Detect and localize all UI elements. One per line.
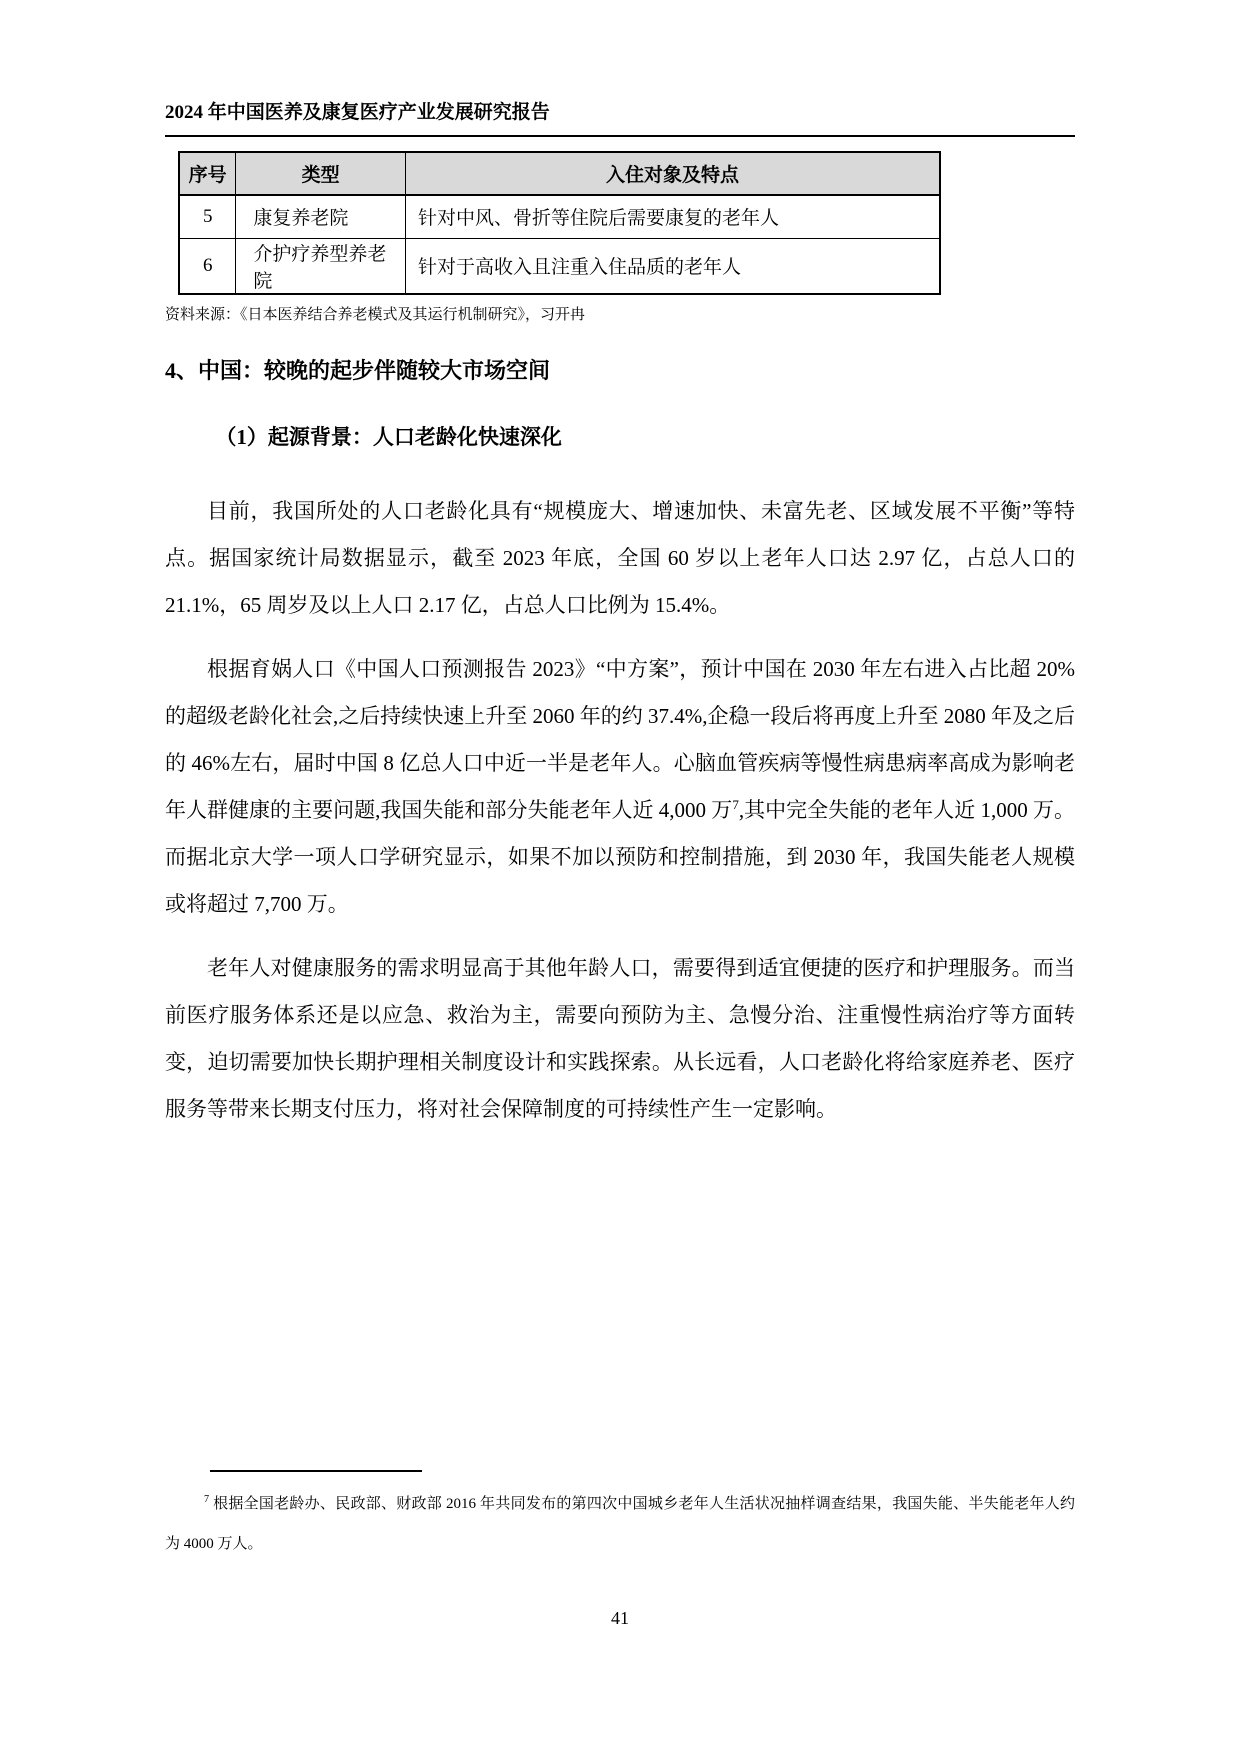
- table-cell-features: 针对于高收入且注重入住品质的老年人: [405, 238, 940, 294]
- table-cell-no: 6: [179, 238, 236, 294]
- subsection-heading: （1）起源背景：人口老龄化快速深化: [165, 424, 1075, 451]
- footnote-text: 根据全国老龄办、民政部、财政部 2016 年共同发布的第四次中国城乡老年人生活状…: [165, 1496, 1075, 1552]
- table-header-type: 类型: [236, 152, 406, 195]
- table-header-no: 序号: [179, 152, 236, 195]
- table-header-row: 序号 类型 入住对象及特点: [179, 152, 940, 195]
- page-number: 41: [0, 1608, 1240, 1629]
- document-page: 2024 年中国医养及康复医疗产业发展研究报告 序号 类型 入住对象及特点 5 …: [0, 0, 1240, 1754]
- paragraph-health-service-demand: 老年人对健康服务的需求明显高于其他年龄人口，需要得到适宜便捷的医疗和护理服务。而…: [165, 945, 1075, 1133]
- table-row: 5 康复养老院 针对中风、骨折等住院后需要康复的老年人: [179, 195, 940, 238]
- footnote-separator: [210, 1470, 422, 1472]
- table-cell-type: 介护疗养型养老院: [236, 238, 406, 294]
- facility-table: 序号 类型 入住对象及特点 5 康复养老院 针对中风、骨折等住院后需要康复的老年…: [178, 151, 941, 295]
- footnote: 7 根据全国老龄办、民政部、财政部 2016 年共同发布的第四次中国城乡老年人生…: [165, 1484, 1075, 1564]
- source-note: 资料来源：《日本医养结合养老模式及其运行机制研究》，习开冉: [165, 305, 1075, 326]
- paragraph-aging-status: 目前，我国所处的人口老龄化具有“规模庞大、增速加快、未富先老、区域发展不平衡”等…: [165, 488, 1075, 629]
- page-header-title: 2024 年中国医养及康复医疗产业发展研究报告: [165, 102, 550, 123]
- table-cell-features: 针对中风、骨折等住院后需要康复的老年人: [405, 195, 940, 238]
- table-cell-no: 5: [179, 195, 236, 238]
- paragraph-population-forecast: 根据育娲人口《中国人口预测报告 2023》“中方案”，预计中国在 2030 年左…: [165, 646, 1075, 928]
- table-row: 6 介护疗养型养老院 针对于高收入且注重入住品质的老年人: [179, 238, 940, 294]
- footnote-block: 7 根据全国老龄办、民政部、财政部 2016 年共同发布的第四次中国城乡老年人生…: [165, 1470, 1075, 1564]
- page-header: 2024 年中国医养及康复医疗产业发展研究报告: [165, 100, 1075, 137]
- table-cell-type: 康复养老院: [236, 195, 406, 238]
- table-header-features: 入住对象及特点: [405, 152, 940, 195]
- section-heading: 4、中国：较晚的起步伴随较大市场空间: [165, 357, 1075, 385]
